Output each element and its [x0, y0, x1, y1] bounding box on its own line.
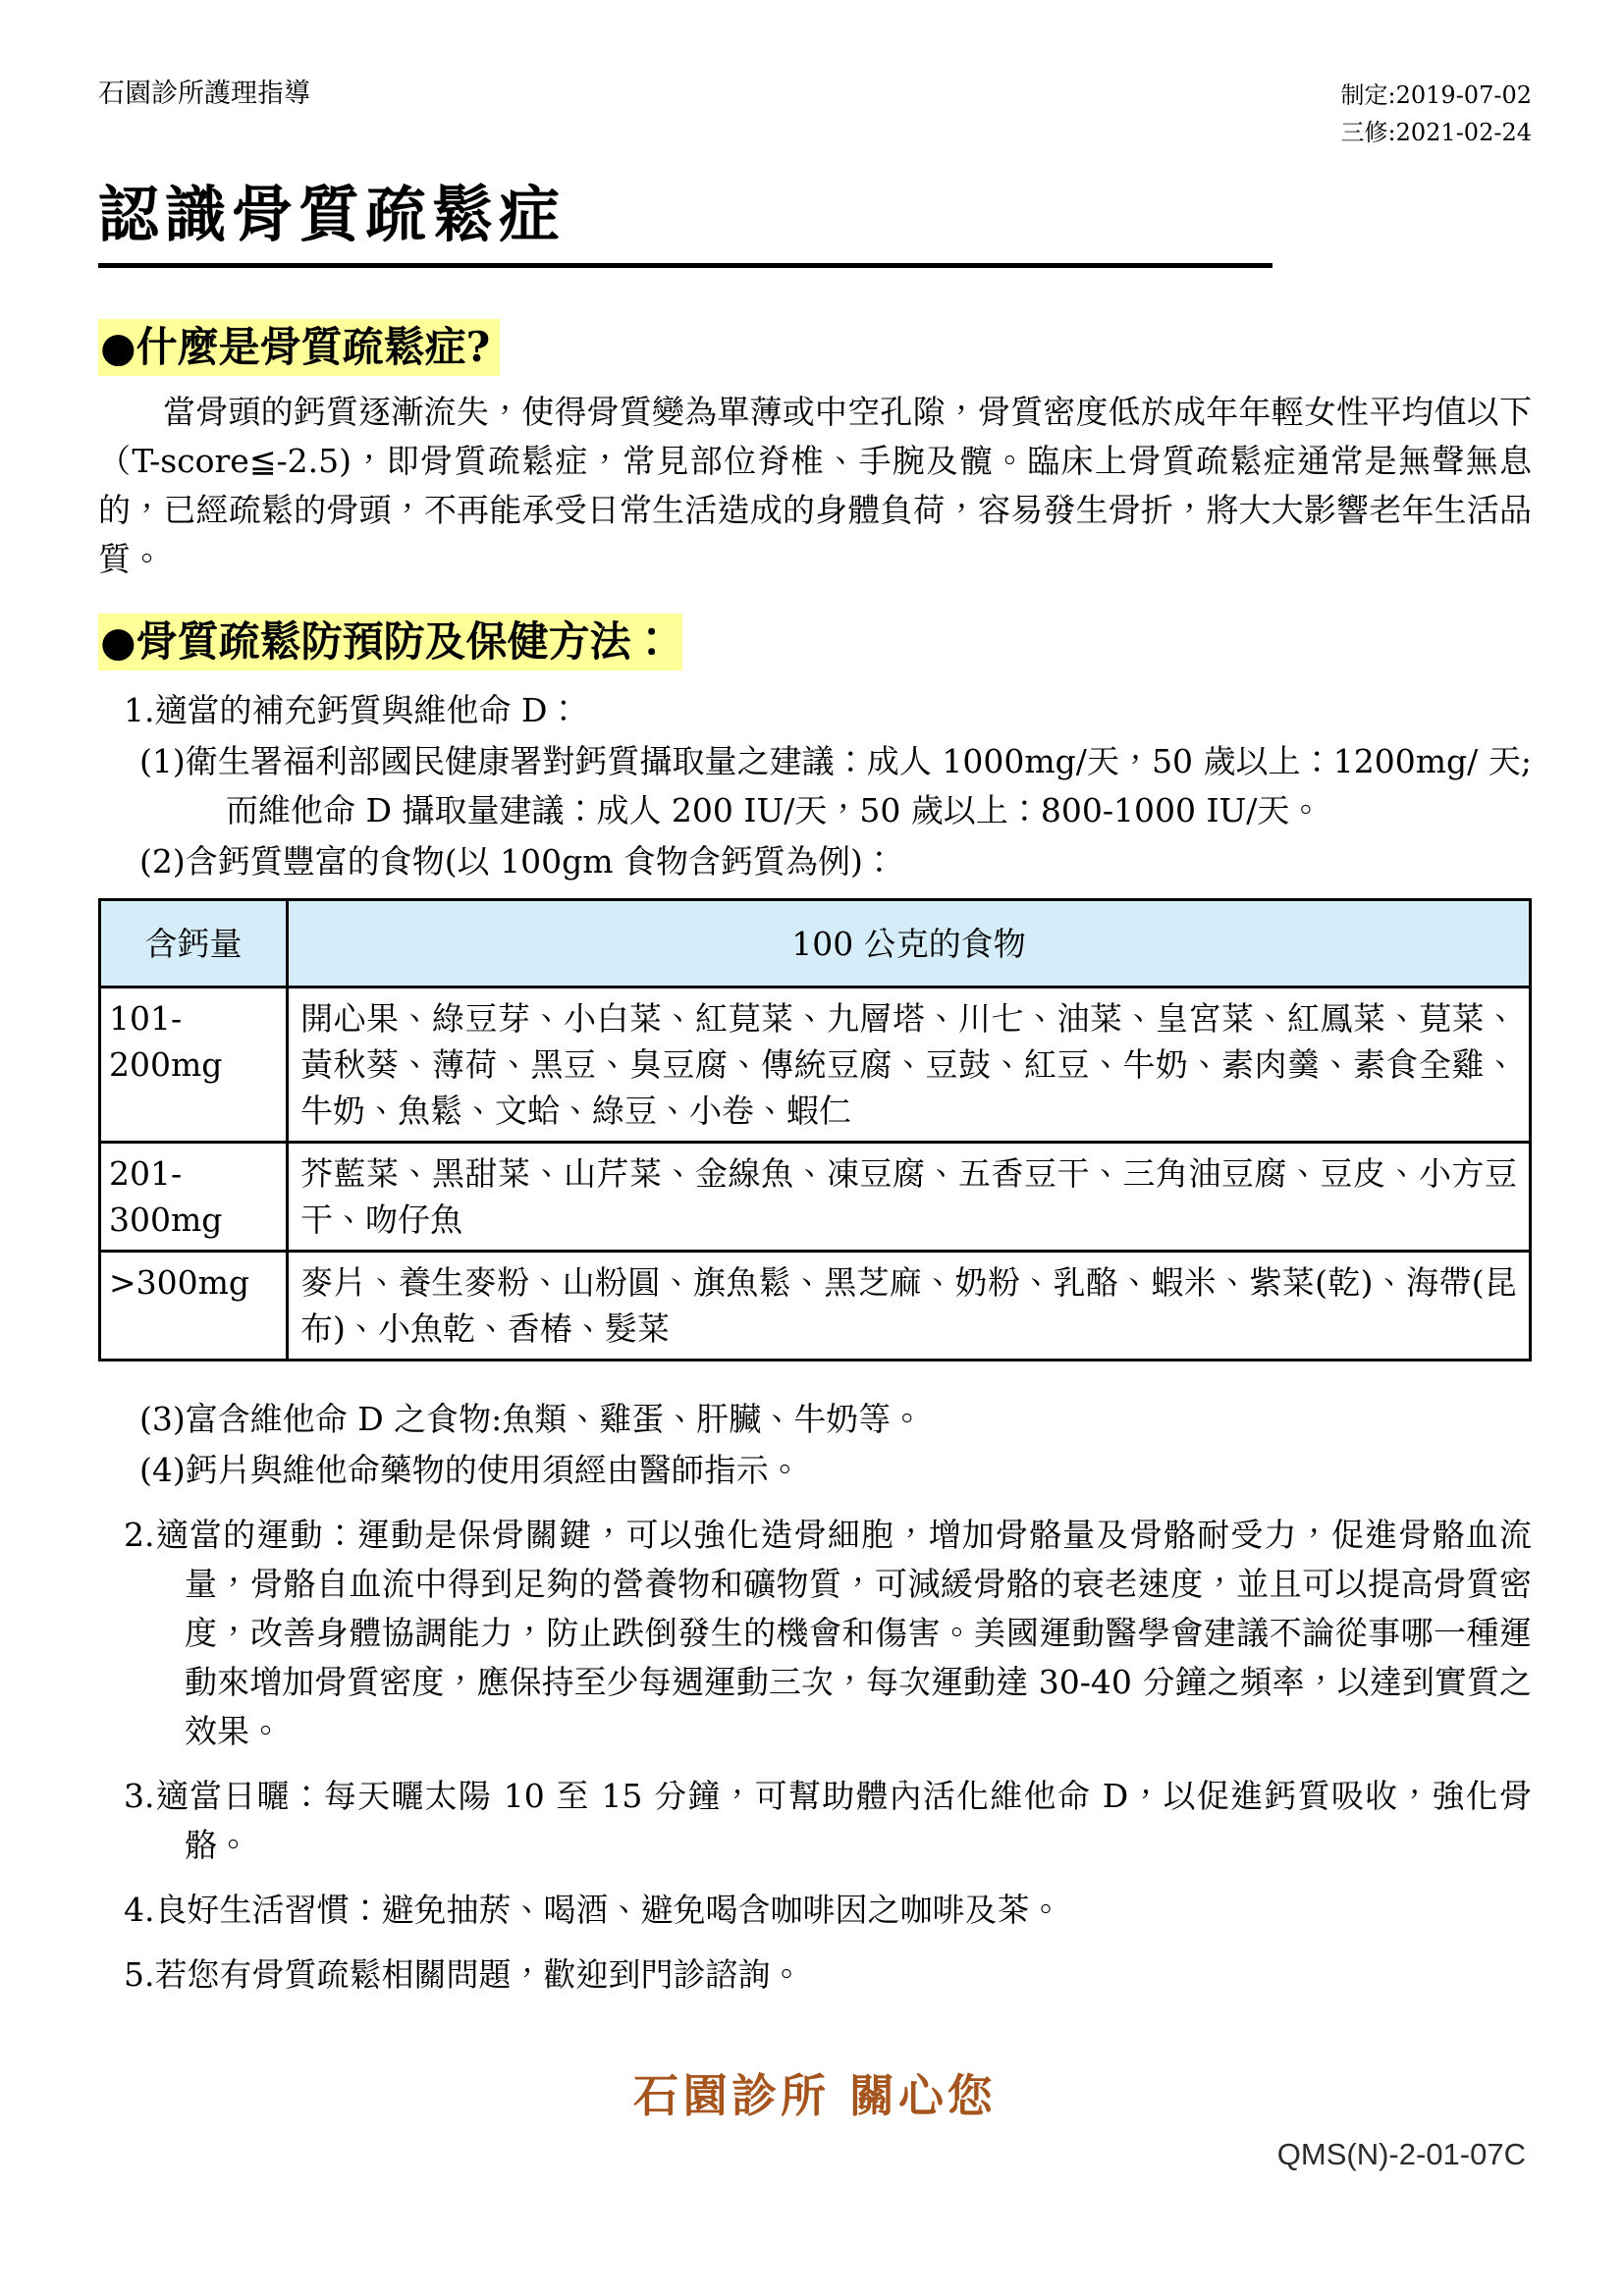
section1-heading: ●什麼是骨質疏鬆症? [98, 319, 500, 376]
calcium-range-cell: 201-300mg [100, 1143, 288, 1252]
foods-cell: 開心果、綠豆芽、小白菜、紅莧菜、九層塔、川七、油菜、皇宮菜、紅鳳菜、莧菜、黃秋葵… [288, 988, 1531, 1143]
column-header-food-per-100g: 100 公克的食物 [288, 900, 1531, 988]
document-code: QMS(N)-2-01-07C [1277, 2137, 1526, 2172]
page-title: 認識骨質疏鬆症 [98, 177, 1272, 253]
table-row: >300mg 麥片、養生麥粉、山粉圓、旗魚鬆、黑芝麻、奶粉、乳酪、蝦米、紫菜(乾… [100, 1252, 1531, 1361]
table-row: 201-300mg 芥藍菜、黑甜菜、山芹菜、金線魚、凍豆腐、五香豆干、三角油豆腐… [100, 1143, 1531, 1252]
foods-cell: 芥藍菜、黑甜菜、山芹菜、金線魚、凍豆腐、五香豆干、三角油豆腐、豆皮、小方豆干、吻… [288, 1143, 1531, 1252]
revised-date: 三修:2021-02-24 [1341, 114, 1532, 151]
revision-dates: 制定:2019-07-02 三修:2021-02-24 [1341, 77, 1532, 151]
calcium-range-cell: >300mg [100, 1252, 288, 1361]
clinic-closing-message: 石園診所 關心您 [98, 2060, 1532, 2125]
foods-cell: 麥片、養生麥粉、山粉圓、旗魚鬆、黑芝麻、奶粉、乳酪、蝦米、紫菜(乾)、海帶(昆布… [288, 1252, 1531, 1361]
table-row: 101-200mg 開心果、綠豆芽、小白菜、紅莧菜、九層塔、川七、油菜、皇宮菜、… [100, 988, 1531, 1143]
document-header: 石園診所護理指導 制定:2019-07-02 三修:2021-02-24 [98, 77, 1532, 151]
document-page: 石園診所護理指導 制定:2019-07-02 三修:2021-02-24 認識骨… [0, 0, 1624, 2296]
list-item-1-sub-4: (4)鈣片與維他命藥物的使用須經由醫師指示。 [98, 1446, 1532, 1495]
table-header-row: 含鈣量 100 公克的食物 [100, 900, 1531, 988]
column-header-calcium-content: 含鈣量 [100, 900, 288, 988]
section-what-is: ●什麼是骨質疏鬆症? [98, 319, 1532, 376]
list-item-1-sub-3: (3)富含維他命 D 之食物:魚類、雞蛋、肝臟、牛奶等。 [98, 1395, 1532, 1444]
list-item-5: 5.若您有骨質疏鬆相關問題，歡迎到門診諮詢。 [98, 1950, 1532, 2000]
calcium-range-cell: 101-200mg [100, 988, 288, 1143]
calcium-food-table: 含鈣量 100 公克的食物 101-200mg 開心果、綠豆芽、小白菜、紅莧菜、… [98, 898, 1532, 1362]
created-date: 制定:2019-07-02 [1341, 77, 1532, 114]
list-item-4: 4.良好生活習慣：避免抽菸、喝酒、避免喝含咖啡因之咖啡及茶。 [98, 1886, 1532, 1935]
section2-heading: ●骨質疏鬆防預防及保健方法： [98, 614, 682, 670]
list-item-3: 3.適當日曬：每天曬太陽 10 至 15 分鐘，可幫助體內活化維他命 D，以促進… [98, 1772, 1532, 1870]
list-item-1-sub-1: (1)衛生署福利部國民健康署對鈣質攝取量之建議：成人 1000mg/天，50 歲… [98, 737, 1532, 835]
list-item-1-sub-2: (2)含鈣質豐富的食物(以 100gm 食物含鈣質為例)： [98, 837, 1532, 886]
title-block: 認識骨質疏鬆症 [98, 177, 1272, 268]
clinic-guidance-label: 石園診所護理指導 [98, 77, 310, 112]
list-item-2: 2.適當的運動：運動是保骨關鍵，可以強化造骨細胞，增加骨骼量及骨骼耐受力，促進骨… [98, 1511, 1532, 1756]
section1-paragraph: 當骨頭的鈣質逐漸流失，使得骨質變為單薄或中空孔隙，骨質密度低於成年年輕女性平均值… [98, 388, 1532, 584]
section-prevention: ●骨質疏鬆防預防及保健方法： [98, 614, 1532, 670]
list-item-1: 1.適當的補充鈣質與維他命 D： [98, 686, 1532, 735]
prevention-list: 1.適當的補充鈣質與維他命 D： (1)衛生署福利部國民健康署對鈣質攝取量之建議… [98, 686, 1532, 2000]
